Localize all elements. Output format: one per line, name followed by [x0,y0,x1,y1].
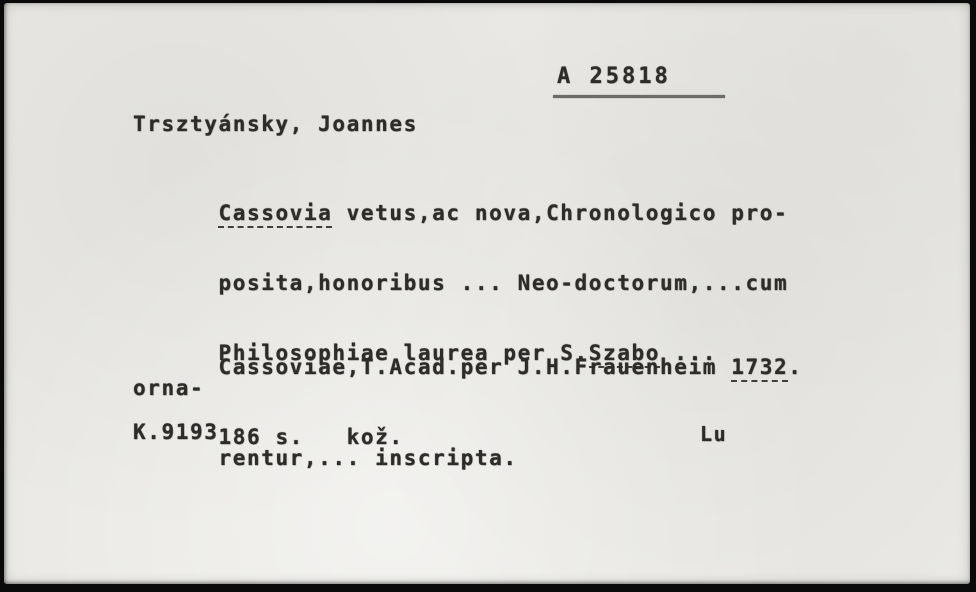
accession-number: A 25818 [557,59,671,94]
accession-number-underline [553,95,725,98]
imprint-paragraph: Cassoviae,T.Acad.per J.H.Frauenheim 1732… [133,315,813,490]
scanned-catalog-card-frame: A 25818 Trsztyánsky, Joannes Cassovia ve… [0,0,976,592]
title-line2: posita,honoribus ... Neo-doctorum,...cum [218,271,788,295]
shelfmark: K.9193 [133,415,218,450]
imprint-underlined-year: 1732 [731,355,788,382]
cataloger-initials: Lu [700,417,727,452]
title-line1: Cassovia vetus,ac nova,Chronologico pro- [218,201,788,228]
imprint-line1: Cassoviae,T.Acad.per J.H.Frauenheim 1732… [218,355,802,382]
collation-line: 186 s. kož. [218,425,403,449]
title-underlined-word-cassovia: Cassovia [218,201,332,228]
imprint-line1-post: . [788,355,802,379]
author-heading: Trsztyánsky, Joannes [133,107,418,142]
imprint-line1-pre: Cassoviae,T.Acad.per J.H.Frauenheim [218,355,731,379]
catalog-card: A 25818 Trsztyánsky, Joannes Cassovia ve… [4,3,970,584]
title-line1-rest: vetus,ac nova,Chronologico pro- [332,201,788,225]
